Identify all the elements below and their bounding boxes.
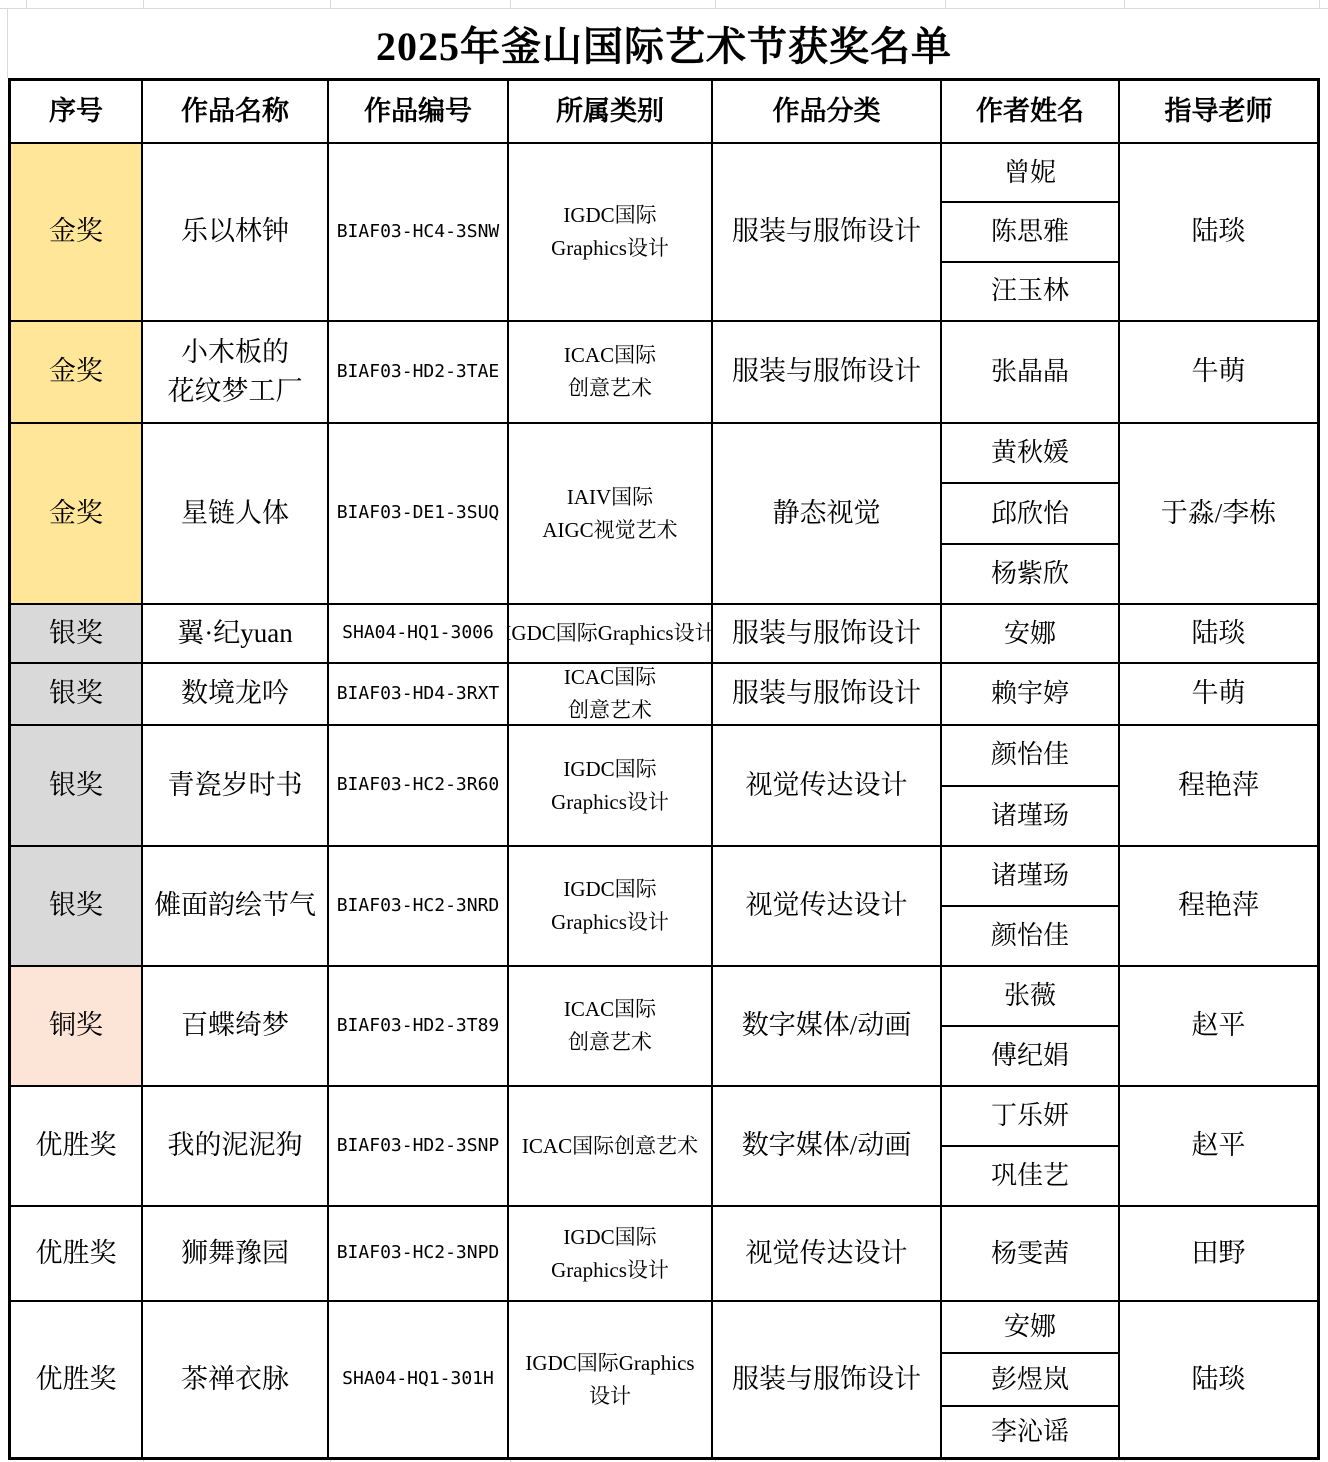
authors-cell: 丁乐妍巩佳艺: [942, 1087, 1120, 1205]
author-cell[interactable]: 黄秋媛: [942, 424, 1118, 484]
category-cell[interactable]: IGDC国际Graphics设计: [509, 144, 713, 320]
table-row: 银奖青瓷岁时书BIAF03-HC2-3R60IGDC国际Graphics设计视觉…: [11, 726, 1317, 847]
teacher-cell[interactable]: 牛萌: [1120, 322, 1317, 422]
table-row: 优胜奖茶禅衣脉SHA04-HQ1-301HIGDC国际Graphics设计服装与…: [11, 1302, 1317, 1457]
classification-cell[interactable]: 服装与服饰设计: [713, 322, 942, 422]
award-cell[interactable]: 银奖: [11, 726, 143, 845]
classification-cell[interactable]: 服装与服饰设计: [713, 664, 942, 724]
category-line: AIGC视觉艺术: [542, 514, 677, 547]
gridline: [330, 0, 331, 8]
header-cell-3[interactable]: 作品编号: [329, 81, 509, 142]
category-line: IGDC国际: [563, 199, 656, 232]
work-code-cell[interactable]: BIAF03-HC2-3R60: [329, 726, 509, 845]
author-cell[interactable]: 诸瑾玚: [942, 847, 1118, 907]
work-name-line: 狮舞豫园: [181, 1234, 289, 1273]
category-cell[interactable]: IGDC国际Graphics设计: [509, 1302, 713, 1457]
gridline: [1319, 0, 1320, 8]
author-cell[interactable]: 张薇: [942, 967, 1118, 1027]
work-code-cell[interactable]: SHA04-HQ1-301H: [329, 1302, 509, 1457]
category-line: IGDC国际: [563, 753, 656, 786]
author-cell[interactable]: 杨紫欣: [942, 545, 1118, 603]
category-line: IGDC国际Graphics设计: [509, 617, 713, 650]
teacher-cell[interactable]: 程艳萍: [1120, 726, 1317, 845]
gridline: [945, 0, 946, 8]
category-cell[interactable]: IGDC国际Graphics设计: [509, 1207, 713, 1300]
work-name-line: 翼·纪yuan: [177, 614, 292, 653]
spreadsheet-gridline-strip-top: [0, 0, 1328, 9]
authors-cell: 杨雯茜: [942, 1207, 1120, 1300]
header-cell-2[interactable]: 作品名称: [143, 81, 329, 142]
author-cell[interactable]: 彭煜岚: [942, 1354, 1118, 1406]
author-cell[interactable]: 安娜: [942, 605, 1118, 662]
award-cell[interactable]: 银奖: [11, 664, 143, 724]
work-name-cell[interactable]: 青瓷岁时书: [143, 726, 329, 845]
classification-cell[interactable]: 服装与服饰设计: [713, 144, 942, 320]
table-row: 金奖小木板的花纹梦工厂BIAF03-HD2-3TAEICAC国际创意艺术服装与服…: [11, 322, 1317, 424]
category-cell[interactable]: IGDC国际Graphics设计: [509, 847, 713, 965]
title-row: 2025年釜山国际艺术节获奖名单: [0, 9, 1328, 78]
classification-cell[interactable]: 服装与服饰设计: [713, 1302, 942, 1457]
gridline: [510, 0, 511, 8]
category-line: IGDC国际: [563, 873, 656, 906]
authors-cell: 安娜: [942, 605, 1120, 662]
work-name-cell[interactable]: 茶禅衣脉: [143, 1302, 329, 1457]
work-name-cell[interactable]: 数境龙吟: [143, 664, 329, 724]
author-cell[interactable]: 汪玉林: [942, 263, 1118, 320]
category-line: Graphics设计: [551, 1254, 669, 1287]
author-cell[interactable]: 傅纪娟: [942, 1027, 1118, 1085]
table-row: 金奖星链人体BIAF03-DE1-3SUQIAIV国际AIGC视觉艺术静态视觉黄…: [11, 424, 1317, 605]
category-cell[interactable]: ICAC国际创意艺术: [509, 1087, 713, 1205]
category-line: ICAC国际创意艺术: [522, 1130, 698, 1163]
award-cell[interactable]: 优胜奖: [11, 1302, 143, 1457]
category-cell[interactable]: IAIV国际AIGC视觉艺术: [509, 424, 713, 603]
gridline: [1124, 0, 1125, 8]
authors-cell: 张晶晶: [942, 322, 1120, 422]
work-code-cell[interactable]: BIAF03-HD2-3T89: [329, 967, 509, 1085]
table-row: 银奖数境龙吟BIAF03-HD4-3RXTICAC国际创意艺术服装与服饰设计赖宇…: [11, 664, 1317, 726]
teacher-cell[interactable]: 牛萌: [1120, 664, 1317, 724]
author-cell[interactable]: 丁乐妍: [942, 1087, 1118, 1147]
award-cell[interactable]: 金奖: [11, 322, 143, 422]
classification-cell[interactable]: 服装与服饰设计: [713, 605, 942, 662]
authors-cell: 曾妮陈思雅汪玉林: [942, 144, 1120, 320]
work-name-line: 星链人体: [181, 494, 289, 533]
teacher-cell[interactable]: 赵平: [1120, 1087, 1317, 1205]
author-cell[interactable]: 曾妮: [942, 144, 1118, 203]
table-row: 优胜奖狮舞豫园BIAF03-HC2-3NPDIGDC国际Graphics设计视觉…: [11, 1207, 1317, 1302]
award-cell[interactable]: 金奖: [11, 424, 143, 603]
gridline: [143, 0, 144, 8]
work-code-cell[interactable]: BIAF03-HD2-3SNP: [329, 1087, 509, 1205]
page-title: 2025年釜山国际艺术节获奖名单: [376, 15, 952, 72]
teacher-cell[interactable]: 赵平: [1120, 967, 1317, 1085]
table-row: 金奖乐以林钟BIAF03-HC4-3SNWIGDC国际Graphics设计服装与…: [11, 144, 1317, 322]
work-name-line: 乐以林钟: [181, 212, 289, 251]
authors-cell: 赖宇婷: [942, 664, 1120, 724]
author-cell[interactable]: 赖宇婷: [942, 664, 1118, 724]
work-name-line: 小木板的: [181, 333, 289, 372]
classification-cell[interactable]: 静态视觉: [713, 424, 942, 603]
category-cell[interactable]: ICAC国际创意艺术: [509, 967, 713, 1085]
header-cell-6[interactable]: 作者姓名: [942, 81, 1120, 142]
author-cell[interactable]: 诸瑾玚: [942, 787, 1118, 846]
category-cell[interactable]: IGDC国际Graphics设计: [509, 726, 713, 845]
table-row: 优胜奖我的泥泥狗BIAF03-HD2-3SNPICAC国际创意艺术数字媒体/动画…: [11, 1087, 1317, 1207]
author-cell[interactable]: 安娜: [942, 1302, 1118, 1354]
work-name-cell[interactable]: 星链人体: [143, 424, 329, 603]
author-cell[interactable]: 巩佳艺: [942, 1147, 1118, 1205]
header-cell-5[interactable]: 作品分类: [713, 81, 942, 142]
gridline: [7, 9, 8, 78]
work-code-cell[interactable]: BIAF03-HC4-3SNW: [329, 144, 509, 320]
work-code-cell[interactable]: BIAF03-HC2-3NRD: [329, 847, 509, 965]
work-name-line: 傩面韵绘节气: [154, 886, 316, 925]
category-cell[interactable]: ICAC国际创意艺术: [509, 322, 713, 422]
work-name-cell[interactable]: 狮舞豫园: [143, 1207, 329, 1300]
category-line: 创意艺术: [568, 1026, 652, 1059]
table-row: 铜奖百蝶绮梦BIAF03-HD2-3T89ICAC国际创意艺术数字媒体/动画张薇…: [11, 967, 1317, 1087]
author-cell[interactable]: 杨雯茜: [942, 1207, 1118, 1300]
work-name-line: 数境龙吟: [181, 674, 289, 713]
authors-cell: 黄秋媛邱欣怡杨紫欣: [942, 424, 1120, 603]
category-line: 创意艺术: [568, 694, 652, 724]
header-cell-4[interactable]: 所属类别: [509, 81, 713, 142]
award-cell[interactable]: 银奖: [11, 847, 143, 965]
award-cell[interactable]: 银奖: [11, 605, 143, 662]
table-header-row: 序号作品名称作品编号所属类别作品分类作者姓名指导老师: [11, 81, 1317, 144]
teacher-cell[interactable]: 田野: [1120, 1207, 1317, 1300]
award-cell[interactable]: 优胜奖: [11, 1087, 143, 1205]
category-line: Graphics设计: [551, 906, 669, 939]
work-name-cell[interactable]: 翼·纪yuan: [143, 605, 329, 662]
work-name-cell[interactable]: 傩面韵绘节气: [143, 847, 329, 965]
work-name-cell[interactable]: 百蝶绮梦: [143, 967, 329, 1085]
work-code-cell[interactable]: BIAF03-HD2-3TAE: [329, 322, 509, 422]
work-code-cell[interactable]: BIAF03-HD4-3RXT: [329, 664, 509, 724]
work-name-cell[interactable]: 我的泥泥狗: [143, 1087, 329, 1205]
header-cell-1[interactable]: 序号: [11, 81, 143, 142]
category-line: Graphics设计: [551, 786, 669, 819]
author-cell[interactable]: 张晶晶: [942, 322, 1118, 422]
award-cell[interactable]: 铜奖: [11, 967, 143, 1085]
category-line: 设计: [589, 1380, 631, 1413]
classification-cell[interactable]: 视觉传达设计: [713, 726, 942, 845]
work-name-line: 花纹梦工厂: [168, 372, 303, 411]
category-line: ICAC国际: [564, 664, 656, 694]
awards-table: 序号作品名称作品编号所属类别作品分类作者姓名指导老师金奖乐以林钟BIAF03-H…: [8, 78, 1320, 1460]
author-cell[interactable]: 颜怡佳: [942, 726, 1118, 787]
teacher-cell[interactable]: 于淼/李栋: [1120, 424, 1317, 603]
work-name-cell[interactable]: 小木板的花纹梦工厂: [143, 322, 329, 422]
category-line: ICAC国际: [564, 339, 656, 372]
author-cell[interactable]: 颜怡佳: [942, 907, 1118, 965]
teacher-cell[interactable]: 陆琰: [1120, 1302, 1317, 1457]
authors-cell: 颜怡佳诸瑾玚: [942, 726, 1120, 845]
classification-cell[interactable]: 视觉传达设计: [713, 1207, 942, 1300]
table-row: 银奖翼·纪yuanSHA04-HQ1-3006IGDC国际Graphics设计服…: [11, 605, 1317, 664]
classification-cell[interactable]: 数字媒体/动画: [713, 1087, 942, 1205]
table-row: 银奖傩面韵绘节气BIAF03-HC2-3NRDIGDC国际Graphics设计视…: [11, 847, 1317, 967]
award-cell[interactable]: 优胜奖: [11, 1207, 143, 1300]
category-cell[interactable]: ICAC国际创意艺术: [509, 664, 713, 724]
work-name-line: 青瓷岁时书: [168, 766, 303, 805]
category-cell[interactable]: IGDC国际Graphics设计: [509, 605, 713, 662]
authors-cell: 张薇傅纪娟: [942, 967, 1120, 1085]
gridline: [715, 0, 716, 8]
work-code-cell[interactable]: SHA04-HQ1-3006: [329, 605, 509, 662]
category-line: IGDC国际Graphics: [525, 1347, 694, 1380]
work-name-cell[interactable]: 乐以林钟: [143, 144, 329, 320]
teacher-cell[interactable]: 陆琰: [1120, 605, 1317, 662]
authors-cell: 安娜彭煜岚李沁谣: [942, 1302, 1120, 1457]
category-line: IAIV国际: [567, 481, 653, 514]
work-code-cell[interactable]: BIAF03-HC2-3NPD: [329, 1207, 509, 1300]
header-cell-7[interactable]: 指导老师: [1120, 81, 1317, 142]
author-cell[interactable]: 李沁谣: [942, 1407, 1118, 1457]
award-cell[interactable]: 金奖: [11, 144, 143, 320]
category-line: ICAC国际: [564, 993, 656, 1026]
work-name-line: 茶禅衣脉: [181, 1360, 289, 1399]
author-cell[interactable]: 邱欣怡: [942, 484, 1118, 544]
work-name-line: 我的泥泥狗: [168, 1126, 303, 1165]
work-name-line: 百蝶绮梦: [181, 1006, 289, 1045]
gridline: [26, 0, 27, 8]
authors-cell: 诸瑾玚颜怡佳: [942, 847, 1120, 965]
category-line: Graphics设计: [551, 232, 669, 265]
teacher-cell[interactable]: 陆琰: [1120, 144, 1317, 320]
classification-cell[interactable]: 数字媒体/动画: [713, 967, 942, 1085]
teacher-cell[interactable]: 程艳萍: [1120, 847, 1317, 965]
category-line: IGDC国际: [563, 1221, 656, 1254]
work-code-cell[interactable]: BIAF03-DE1-3SUQ: [329, 424, 509, 603]
classification-cell[interactable]: 视觉传达设计: [713, 847, 942, 965]
category-line: 创意艺术: [568, 372, 652, 405]
author-cell[interactable]: 陈思雅: [942, 203, 1118, 262]
